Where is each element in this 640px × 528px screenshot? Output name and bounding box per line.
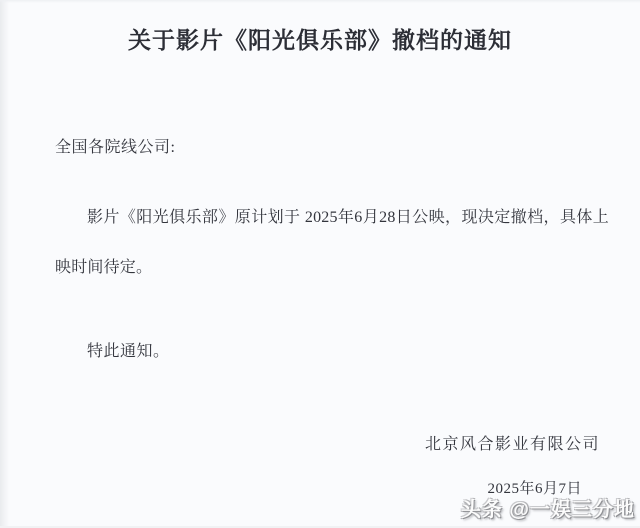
toutiao-watermark: 头条 @一娱三分地 [461, 493, 635, 522]
notice-body-paragraph: 影片《阳光俱乐部》原计划于 2025年6月28日公映，现决定撤档，具体上映时间待… [55, 193, 609, 293]
notice-closing: 特此通知。 [55, 338, 170, 361]
scan-edge-left [0, 0, 9, 528]
signature-company: 北京风合影业有限公司 [425, 431, 600, 454]
notice-salutation: 全国各院线公司: [55, 134, 175, 157]
notice-document: 关于影片《阳光俱乐部》撤档的通知 全国各院线公司: 影片《阳光俱乐部》原计划于 … [0, 0, 640, 528]
notice-title: 关于影片《阳光俱乐部》撤档的通知 [0, 22, 640, 55]
scan-edge-top [0, 0, 640, 3]
